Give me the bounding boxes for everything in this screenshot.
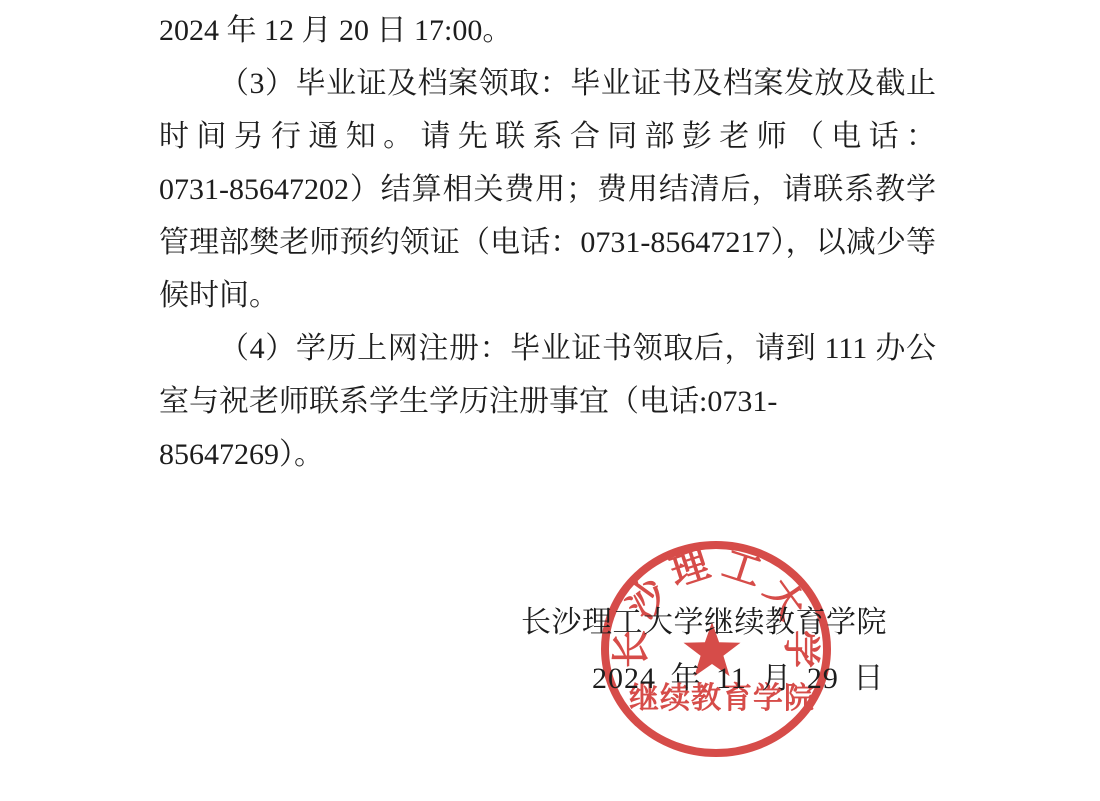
body-line: 室与祝老师联系学生学历注册事宜（电话:0731-85647269）。 (159, 375, 936, 428)
notice-body: 2024 年 12 月 20 日 17:00。 （3）毕业证及档案领取：毕业证书… (159, 4, 936, 428)
official-seal-stamp: 长沙理工大学 继续教育学院 (591, 534, 841, 764)
body-line: （3）毕业证及档案领取：毕业证书及档案发放及截止 (159, 57, 936, 110)
body-line: 候时间。 (159, 269, 936, 322)
document-page: 长沙理工大学 继续教育学院 2024 年 12 月 20 日 17:00。 （3… (0, 0, 1100, 801)
body-line: 管理部樊老师预约领证（电话：0731-85647217），以减少等 (159, 216, 936, 269)
body-line: 0731-85647202）结算相关费用；费用结清后，请联系教学 (159, 163, 936, 216)
body-line: 时间另行通知。请先联系合同部彭老师（电话： (159, 110, 936, 163)
signature-date: 2024 年 11 月 29 日 (592, 652, 884, 705)
body-line: 2024 年 12 月 20 日 17:00。 (159, 4, 936, 57)
body-line: （4）学历上网注册：毕业证书领取后，请到 111 办公 (159, 322, 936, 375)
signature-org: 长沙理工大学继续教育学院 (521, 596, 887, 649)
